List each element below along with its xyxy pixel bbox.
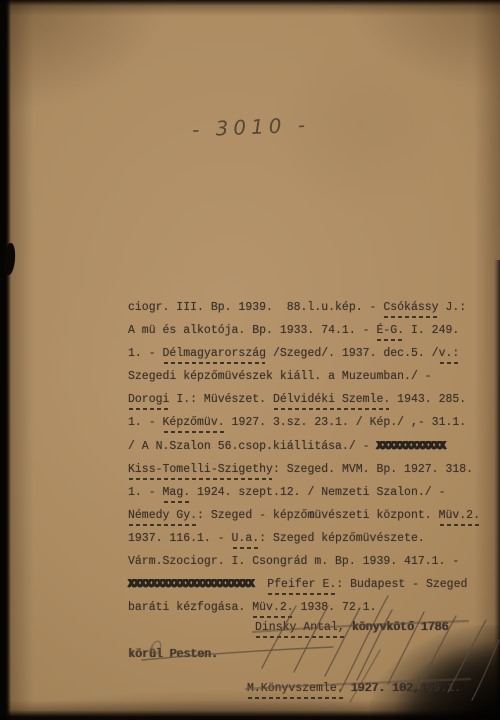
line-text: 1927. 3.sz. 23.1. / Kép./ ,- 31.1.: [225, 416, 467, 429]
scan-edge-top: [0, 0, 500, 6]
underlined-term: Csókássy: [383, 301, 438, 314]
bibliography-line: baráti kézfogása. Müv.2. 1938. 72.1.: [128, 596, 488, 619]
underlined-term: É-G.: [376, 324, 404, 337]
bibliography-line: 1. - Délmagyarország /Szeged/. 1937. dec…: [128, 342, 488, 365]
line-text: könyvkötő 1786: [345, 621, 449, 634]
handwritten-page-number: - 3010 -: [192, 112, 311, 141]
line-text: I. 249.: [404, 324, 459, 337]
bibliography-line: Szegedi képzőmüvészek kiáll. a Muzeumban…: [128, 365, 488, 388]
underlined-term: U.a.: [232, 532, 260, 545]
bibliography-line: 1937. 116.1. - U.a.: Szeged képzőmüvésze…: [128, 527, 488, 550]
line-text: [253, 578, 267, 591]
underlined-term: v.:: [439, 347, 460, 360]
line-text: 1. -: [128, 347, 163, 360]
bibliography-line: Némedy Gy.: Szeged - képzőmüvészeti közp…: [128, 504, 488, 527]
bibliography-line: 1. - Mag. 1924. szept.12. / Nemzeti Szal…: [128, 481, 488, 504]
line-text: J.:: [439, 301, 467, 314]
line-text: 1. -: [128, 416, 163, 429]
underlined-term: Müv.2.: [252, 601, 293, 614]
line-text: : Szeged. MVM. Bp. 1927. 318.: [273, 463, 473, 476]
bibliography-line: A mü és alkotója. Bp. 1933. 74.1. - É-G.…: [128, 319, 488, 342]
line-text: Szegedi képzőmüvészek kiáll. a Muzeumban…: [128, 370, 432, 383]
scanned-document-page: - 3010 - ciogr. III. Bp. 1939. 88.l.u.ké…: [0, 0, 500, 720]
line-text: : Szeged képzőmüvészete.: [259, 532, 425, 545]
underlined-term: Képzőmüv.: [163, 416, 225, 429]
underlined-term: M.Könyvszemle.: [247, 682, 344, 695]
line-text: ciogr. III. Bp. 1939. 88.l.u.kép. -: [128, 301, 383, 314]
underlined-term: Pfeifer E.: [267, 578, 336, 591]
bibliography-line: 1. - Képzőmüv. 1927. 3.sz. 23.1. / Kép./…: [128, 411, 488, 434]
line-text: / A N.Szalon 56.csop.kiállitása./ -: [128, 440, 376, 453]
underlined-term: Dorogi: [128, 393, 169, 406]
bibliography-line: ciogr. III. Bp. 1939. 88.l.u.kép. - Csók…: [128, 296, 488, 319]
bibliography-line: Várm.Szociogr. I. Csongrád m. Bp. 1939. …: [128, 550, 488, 573]
line-text: A mü és alkotója. Bp. 1933. 74.1. -: [128, 324, 376, 337]
line-text: 1943. 285.: [390, 393, 466, 406]
line-text: 1. -: [128, 486, 163, 499]
scan-shadow-corner: [370, 625, 500, 720]
annotation-line: Dinsky Antal, könyvkötő 1786: [255, 620, 448, 636]
bibliography-line: Kiss-Tomelli-Szigethy: Szeged. MVM. Bp. …: [128, 458, 488, 481]
line-text: Várm.Szociogr. I. Csongrád m. Bp. 1939. …: [128, 555, 459, 568]
bibliography-line: Dorogi I.: Müvészet. Délvidéki Szemle. 1…: [128, 388, 488, 411]
line-text: 1924. szept.12. / Nemzeti Szalon./ -: [190, 486, 445, 499]
line-text: : Szeged - képzőmüvészeti központ.: [197, 509, 439, 522]
crossed-out-text: XXXXXXXXXXXXXXXXXXXXXX: [128, 578, 253, 591]
annotation-line: körül Pesten.: [128, 647, 218, 663]
scan-edge-tear: [4, 243, 17, 276]
line-text: 1927. 102,109.1.: [344, 682, 461, 695]
crossed-out-text: XXXXXXXXXXXX: [376, 440, 444, 453]
scan-edge-left: [0, 0, 11, 720]
line-text: körül Pesten.: [128, 648, 218, 661]
line-text: 1937. 116.1. -: [128, 532, 232, 545]
bibliography-line: / A N.Szalon 56.csop.kiállitása./ - XXXX…: [128, 435, 488, 458]
line-text: /Szeged/. 1937. dec.5. /: [266, 347, 439, 360]
underlined-term: Mag.: [163, 486, 191, 499]
underlined-term: Kiss-Tomelli-Szigethy: [128, 463, 273, 476]
underlined-term: Délmagyarország: [163, 347, 267, 360]
underlined-term: Némedy Gy.: [128, 509, 197, 522]
line-text: I.: Müvészet.: [169, 393, 273, 406]
underlined-term: Müv.2.: [439, 509, 480, 522]
line-text: 1938. 72.1.: [294, 601, 377, 614]
inserted-char: ü: [309, 511, 315, 522]
annotation-line: M.Könyvszemle. 1927. 102,109.1.: [247, 681, 461, 697]
underlined-term: Délvidéki Szemle.: [273, 393, 390, 406]
bibliography-text-block: ciogr. III. Bp. 1939. 88.l.u.kép. - Csók…: [128, 296, 488, 619]
bibliography-line: XXXXXXXXXXXXXXXXXXXXXX Pfeifer E.: Budap…: [128, 573, 488, 596]
underlined-term: Dinsky Antal,: [255, 621, 345, 634]
line-text: baráti kézfogása.: [128, 601, 252, 614]
line-text: : Budapest - Szeged: [336, 578, 467, 591]
